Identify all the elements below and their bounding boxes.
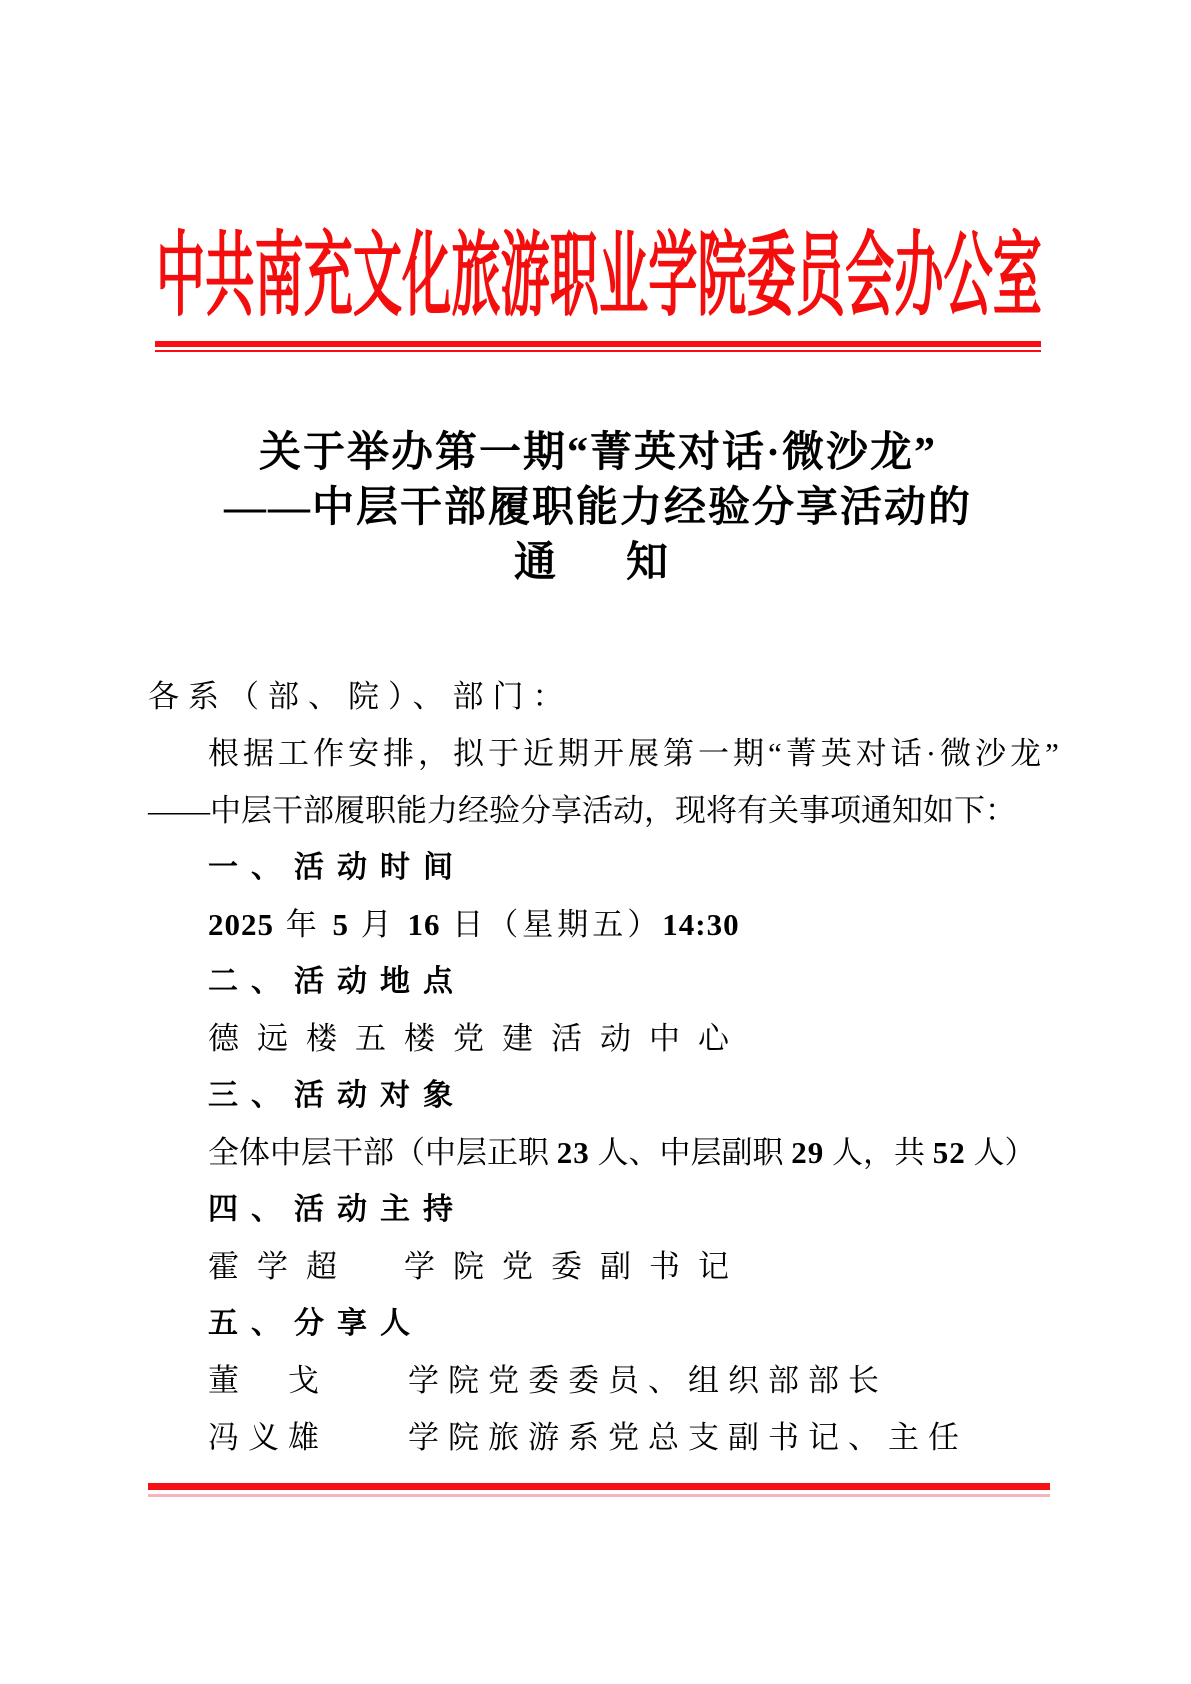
body-text: 人） (966, 1135, 1036, 1170)
section-4-heading: 四、活动主持 (148, 1181, 1068, 1238)
section-2-heading: 二、活动地点 (148, 953, 1068, 1010)
body-number: 16 (408, 907, 441, 942)
body-text: 根据工作安排，拟于近期开展第一期“菁英对话·微沙龙” (208, 736, 1063, 771)
notice-body: 各系（部、院）、部门：根据工作安排，拟于近期开展第一期“菁英对话·微沙龙”——中… (148, 668, 1068, 1466)
body-text: ——中层干部履职能力经验分享活动，现将有关事项通知如下： (148, 793, 1016, 828)
letterhead-org-name: 中共南充文化旅游职业学院委员会办公室 (156, 225, 1044, 327)
section-5-heading: 五、分享人 (148, 1295, 1068, 1352)
body-text: 日（星期五） (441, 907, 663, 942)
footer-rule-thick-line (148, 1483, 1050, 1490)
body-text: 四、活动主持 (208, 1192, 466, 1227)
activity-place: 德远楼五楼党建活动中心 (148, 1010, 1068, 1067)
notice-title-line-3: 通 知 (148, 536, 1048, 591)
body-number: 52 (933, 1135, 966, 1170)
sharer-line-1: 董 戈 学院党委委员、组织部部长 (148, 1352, 1068, 1409)
body-number: 14:30 (662, 907, 739, 942)
body-text: 人、中层副职 (590, 1135, 792, 1170)
activity-time: 2025 年 5 月 16 日（星期五）14:30 (148, 896, 1068, 953)
body-number: 2025 (208, 907, 274, 942)
letterhead: 中共南充文化旅游职业学院委员会办公室 (156, 225, 1044, 327)
letterhead-rule-thin-line (155, 350, 1041, 352)
activity-audience: 全体中层干部（中层正职 23 人、中层副职 29 人，共 52 人） (148, 1124, 1068, 1181)
body-text: 三、活动对象 (208, 1078, 466, 1113)
salutation-line: 各系（部、院）、部门： (148, 668, 1068, 725)
body-number: 5 (333, 907, 350, 942)
section-1-heading: 一、活动时间 (148, 839, 1068, 896)
document-page: 中共南充文化旅游职业学院委员会办公室 关于举办第一期“菁英对话·微沙龙” ——中… (0, 0, 1191, 1684)
footer-double-rule (148, 1483, 1050, 1497)
notice-title-line-2: ——中层干部履职能力经验分享活动的 (148, 481, 1048, 536)
body-text: 各系（部、院）、部门： (148, 679, 573, 714)
body-text: 年 (274, 907, 333, 942)
sharer-line-2: 冯义雄 学院旅游系党总支副书记、主任 (148, 1409, 1068, 1466)
notice-title-line-1: 关于举办第一期“菁英对话·微沙龙” (148, 426, 1048, 481)
body-text: 二、活动地点 (208, 964, 466, 999)
body-text: 德远楼五楼党建活动中心 (208, 1021, 747, 1056)
letterhead-double-rule (155, 341, 1041, 352)
body-number: 23 (557, 1135, 590, 1170)
body-text: 一、活动时间 (208, 850, 466, 885)
body-text: 人，共 (824, 1135, 933, 1170)
body-text: 霍学超 学院党委副书记 (208, 1249, 747, 1284)
body-number: 29 (791, 1135, 824, 1170)
footer-rule-thin-line (148, 1494, 1050, 1497)
body-text: 冯义雄 学院旅游系党总支副书记、主任 (208, 1420, 968, 1455)
body-text: 五、分享人 (208, 1306, 423, 1341)
intro-line-2: ——中层干部履职能力经验分享活动，现将有关事项通知如下： (148, 782, 1068, 839)
body-text: 全体中层干部（中层正职 (208, 1135, 557, 1170)
body-text: 月 (349, 907, 408, 942)
body-text: 董 戈 学院党委委员、组织部部长 (208, 1363, 888, 1398)
host-line: 霍学超 学院党委副书记 (148, 1238, 1068, 1295)
notice-title: 关于举办第一期“菁英对话·微沙龙” ——中层干部履职能力经验分享活动的 通 知 (148, 426, 1048, 591)
intro-line-1: 根据工作安排，拟于近期开展第一期“菁英对话·微沙龙” (148, 725, 1068, 782)
section-3-heading: 三、活动对象 (148, 1067, 1068, 1124)
